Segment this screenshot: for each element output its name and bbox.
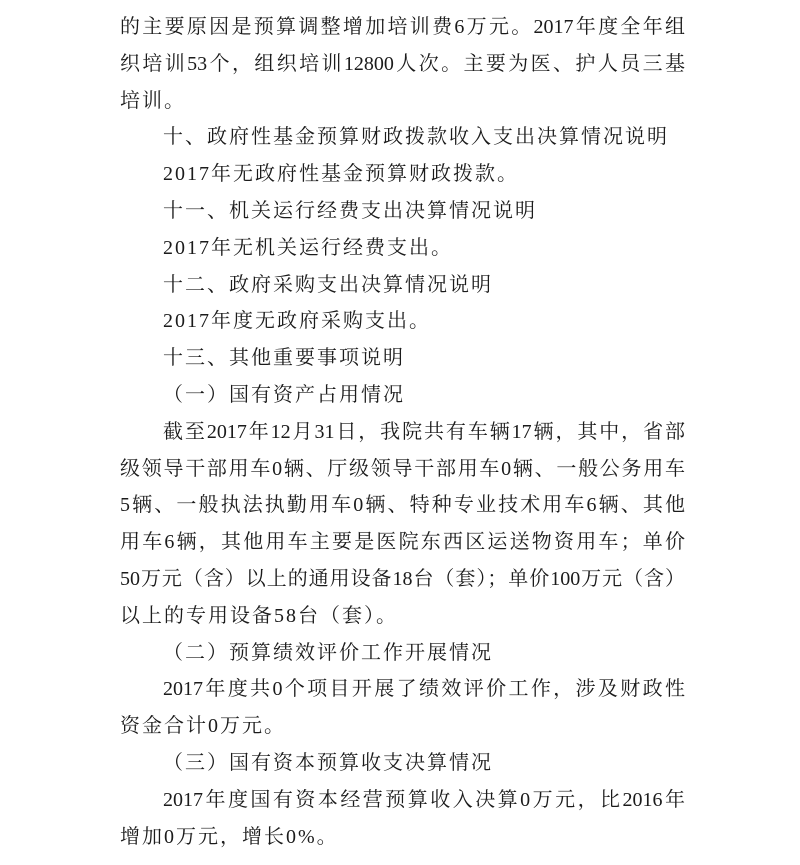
text-line: 织培训53个，组织培训12800人次。主要为医、护人员三基: [120, 46, 685, 83]
text-line: 资金合计0万元。: [120, 708, 685, 745]
section-heading: 十一、机关运行经费支出决算情况说明: [120, 193, 685, 230]
section-heading: 十二、政府采购支出决算情况说明: [120, 267, 685, 304]
text-line: 2017年无机关运行经费支出。: [120, 230, 685, 267]
subsection-heading: （一）国有资产占用情况: [120, 377, 685, 414]
text-line: 2017年度无政府采购支出。: [120, 303, 685, 340]
text-line: 5辆、一般执法执勤用车0辆、特种专业技术用车6辆、其他: [120, 487, 685, 524]
document-page: 的主要原因是预算调整增加培训费6万元。2017年度全年组 织培训53个，组织培训…: [0, 0, 800, 865]
text-line: 2017年度国有资本经营预算收入决算0万元，比2016年: [120, 782, 685, 819]
text-line: 以上的专用设备58台（套）。: [120, 598, 685, 635]
text-line: 用车6辆，其他用车主要是医院东西区运送物资用车；单价: [120, 524, 685, 561]
text-line: 2017年无政府性基金预算财政拨款。: [120, 156, 685, 193]
section-heading: 十三、其他重要事项说明: [120, 340, 685, 377]
text-line: 2017年度共0个项目开展了绩效评价工作，涉及财政性: [120, 671, 685, 708]
text-line: 截至2017年12月31日，我院共有车辆17辆，其中，省部: [120, 414, 685, 451]
text-line: 50万元（含）以上的通用设备18台（套）；单价100万元（含）: [120, 561, 685, 598]
text-line: 培训。: [120, 83, 685, 120]
text-line: 级领导干部用车0辆、厅级领导干部用车0辆、一般公务用车: [120, 451, 685, 488]
subsection-heading: （二）预算绩效评价工作开展情况: [120, 635, 685, 672]
section-heading: 十、政府性基金预算财政拨款收入支出决算情况说明: [120, 119, 685, 156]
text-line: 的主要原因是预算调整增加培训费6万元。2017年度全年组: [120, 9, 685, 46]
text-line: 增加0万元，增长0%。: [120, 819, 685, 856]
subsection-heading: （三）国有资本预算收支决算情况: [120, 745, 685, 782]
